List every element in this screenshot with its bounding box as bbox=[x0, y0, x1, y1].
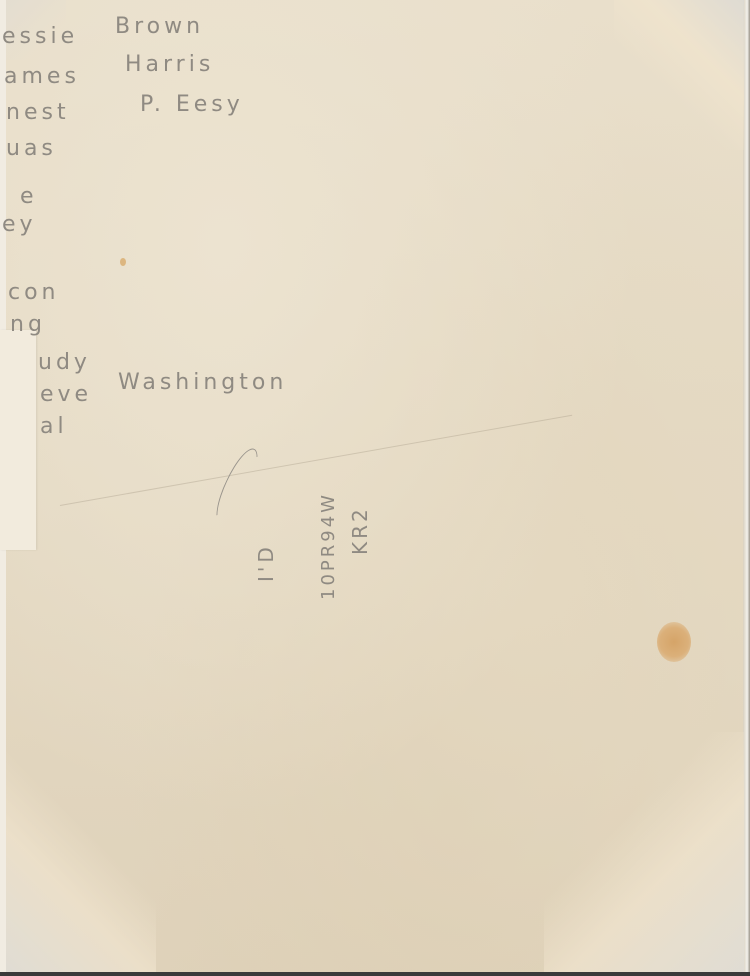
handwritten-name: e bbox=[20, 184, 38, 209]
torn-corner-bottom-right bbox=[544, 732, 744, 972]
right-edge bbox=[743, 0, 750, 976]
handwritten-surname: P. Eesy bbox=[140, 92, 244, 117]
handwritten-name: con bbox=[8, 280, 60, 305]
water-stain bbox=[657, 622, 691, 662]
bottom-edge bbox=[0, 972, 750, 976]
handwritten-surname: Brown bbox=[115, 14, 204, 39]
handwritten-name: al bbox=[40, 414, 68, 439]
handwritten-name: uas bbox=[6, 136, 57, 161]
small-stain bbox=[120, 258, 126, 266]
handwritten-name: udy bbox=[38, 350, 91, 375]
torn-corner-top-right bbox=[614, 0, 744, 150]
rotated-code-line-1: 10PR94W bbox=[318, 492, 339, 600]
handwritten-surname: Washington bbox=[118, 370, 287, 395]
handwritten-surname: Harris bbox=[125, 52, 214, 77]
paper-tape-strip bbox=[0, 330, 36, 550]
handwritten-name: ng bbox=[10, 312, 46, 337]
rotated-code-line-2: KR2 bbox=[348, 506, 372, 555]
handwritten-name: essie bbox=[2, 24, 78, 49]
handwritten-name: ames bbox=[4, 64, 80, 89]
handwritten-name: nest bbox=[6, 100, 70, 125]
handwritten-name: ey bbox=[2, 212, 37, 237]
torn-corner-bottom-left bbox=[6, 752, 156, 972]
rotated-mark: I'D bbox=[254, 543, 278, 582]
handwritten-name: eve bbox=[40, 382, 92, 407]
